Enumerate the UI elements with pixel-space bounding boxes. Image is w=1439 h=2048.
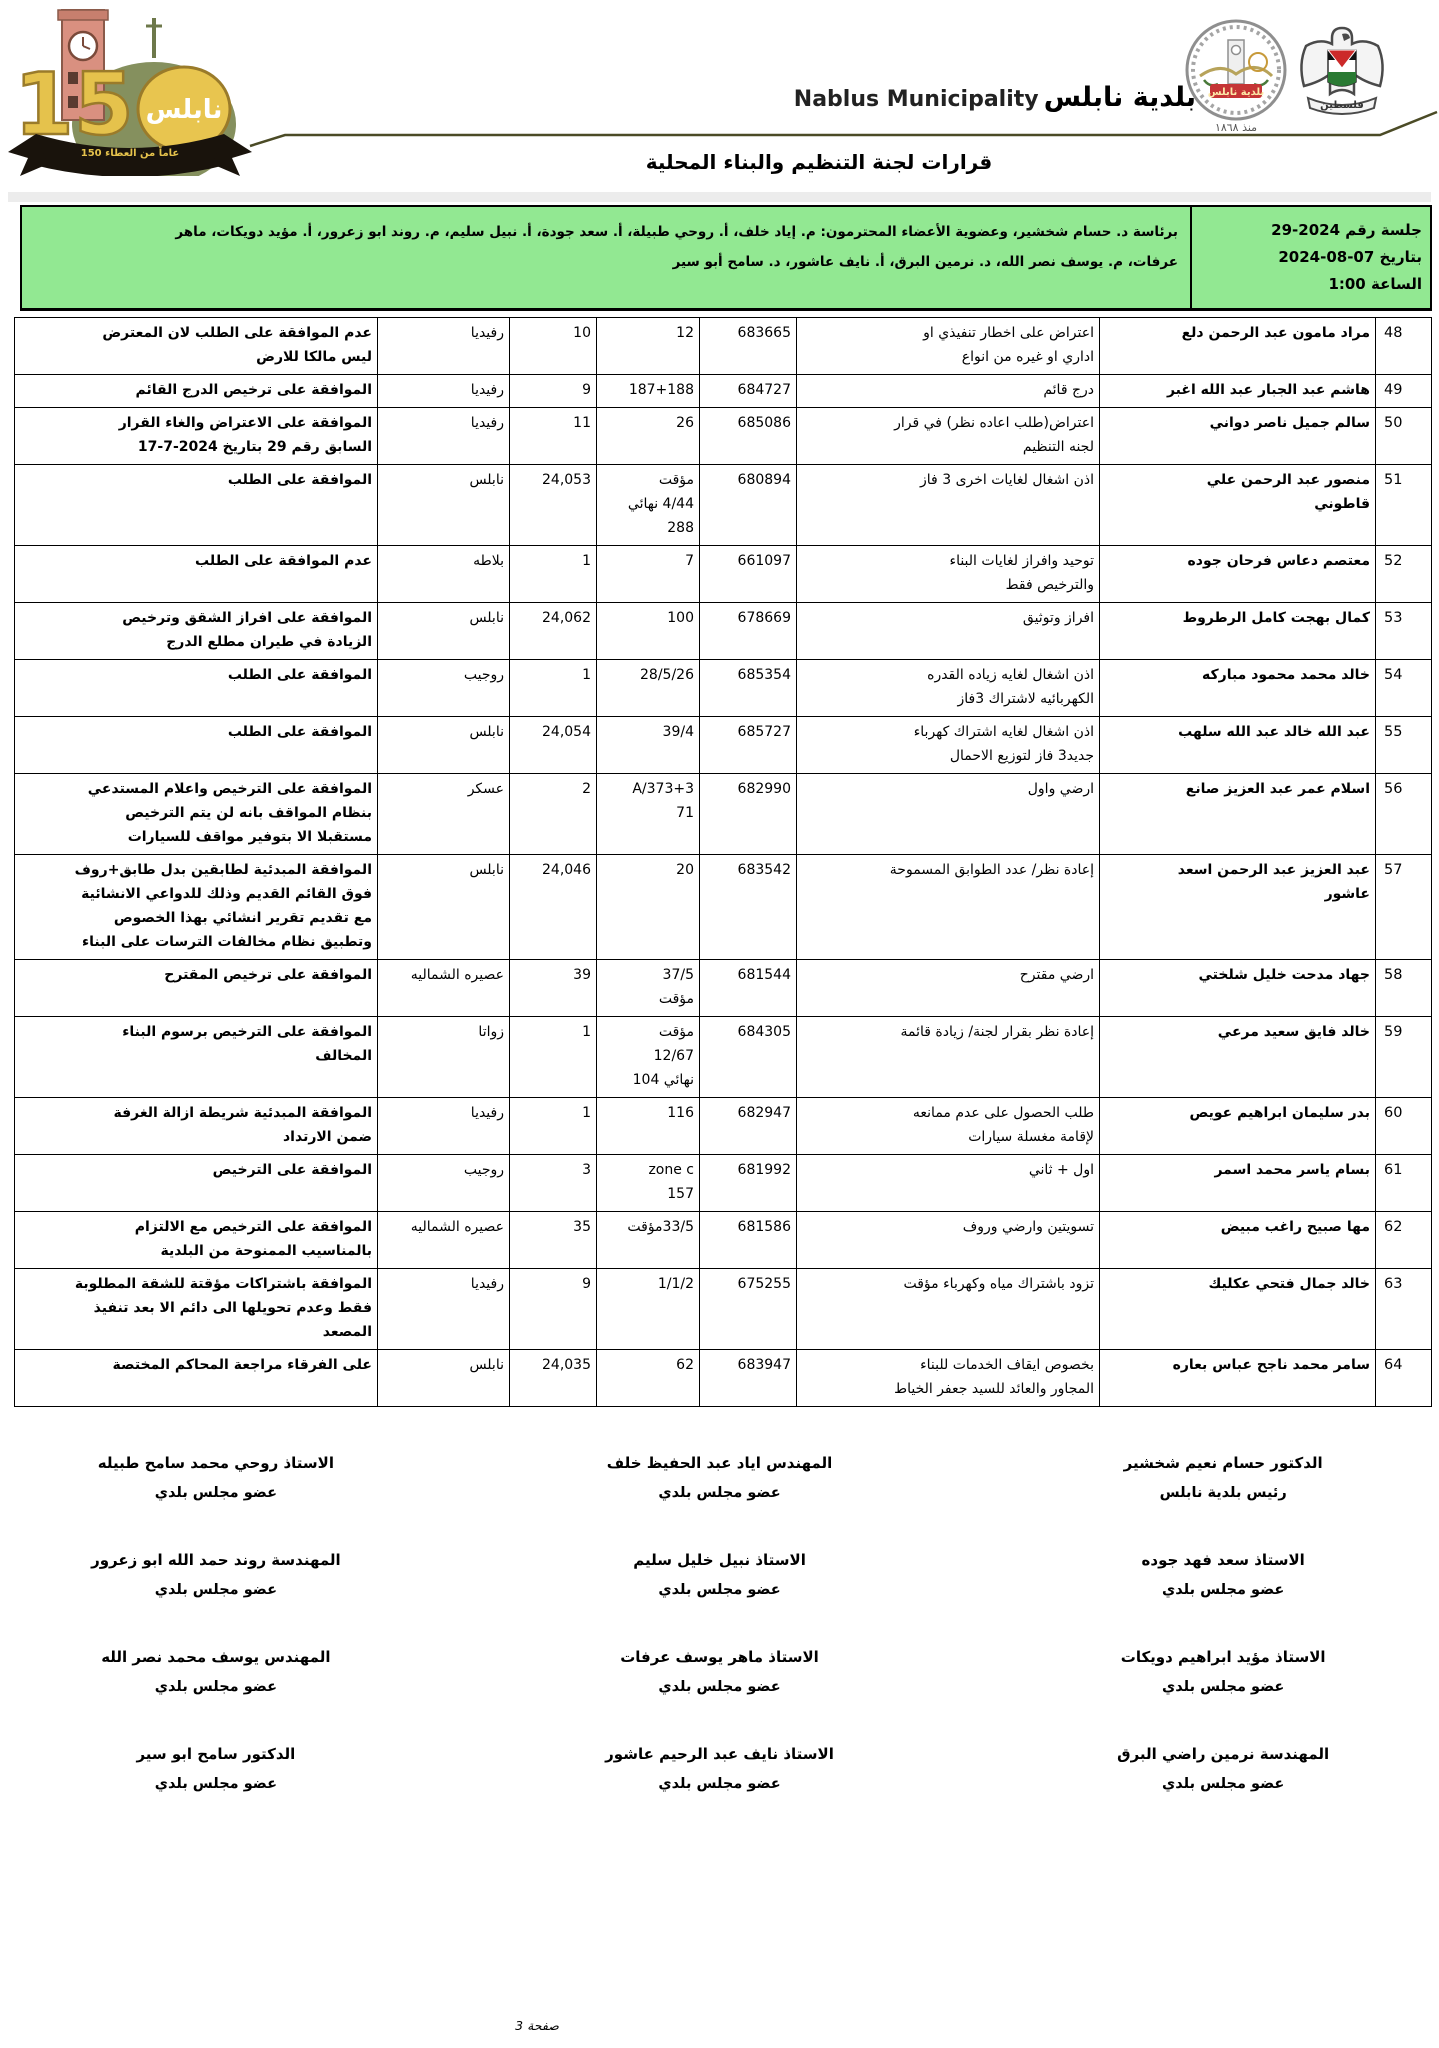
applicant-name-cell: مراد مامون عبد الرحمن دلع [1100,318,1376,375]
header-divider-rule [240,104,1439,154]
row-number-cell: 61 [1376,1155,1432,1212]
decisions-table-body: 48 مراد مامون عبد الرحمن دلع اعتراض على … [15,318,1432,1407]
location-cell: رفيديا [378,1269,510,1350]
decision-cell: الموافقة على الترخيص مع الالتزام بالمناس… [15,1212,378,1269]
request-number-cell: 682990 [700,774,797,855]
row-number-cell: 50 [1376,408,1432,465]
plot-number-cell: 116 [597,1098,700,1155]
applicant-name-cell: بسام ياسر محمد اسمر [1100,1155,1376,1212]
plot-number-cell: 62 [597,1350,700,1407]
subject-cell: تزود باشتراك مياه وكهرباء مؤقت [797,1269,1100,1350]
block-number-cell: 2 [510,774,597,855]
page-number-footer: صفحة 3 [492,2018,582,2033]
block-number-cell: 24,046 [510,855,597,960]
table-row: 53 كمال بهجت كامل الرطروط افراز وتوثيق 6… [15,603,1432,660]
page-number: 3 [515,2018,523,2033]
decision-cell: الموافقة المبدئية شريطة ازالة الغرفة ضمن… [15,1098,378,1155]
table-row: 50 سالم جميل ناصر دواني اعتراض(طلب اعاده… [15,408,1432,465]
row-number-cell: 53 [1376,603,1432,660]
subject-cell: توحيد وافراز لغايات البناء والترخيص فقط [797,546,1100,603]
decision-cell: الموافقة على الطلب [15,660,378,717]
session-time-value: 1:00 [1328,271,1365,298]
subject-cell: ارضي مقترح [797,960,1100,1017]
location-cell: نابلس [378,465,510,546]
row-number-cell: 59 [1376,1017,1432,1098]
decision-cell: الموافقة على ترخيص الدرج القائم [15,375,378,408]
members-line-1: برئاسة د. حسام شخشير، وعضوية الأعضاء الم… [30,217,1178,247]
request-number-cell: 683665 [700,318,797,375]
request-number-cell: 684727 [700,375,797,408]
decision-cell: على الفرقاء مراجعة المحاكم المختصة [15,1350,378,1407]
row-number-cell: 56 [1376,774,1432,855]
table-row: 60 بدر سليمان ابراهيم عويص طلب الحصول عل… [15,1098,1432,1155]
row-number-cell: 55 [1376,717,1432,774]
session-time-line: الساعة 1:00 [1196,271,1422,298]
applicant-name-cell: معتصم دعاس فرحان جوده [1100,546,1376,603]
decision-cell: الموافقة المبدئية لطابقين بدل طابق+روف ف… [15,855,378,960]
subject-cell: اذن اشغال لغايه اشتراك كهرباء جديد3 فاز … [797,717,1100,774]
request-number-cell: 685727 [700,717,797,774]
location-cell: بلاطه [378,546,510,603]
signature-block: الاستاذ ماهر يوسف عرفات عضو مجلس بلدي [432,1634,1008,1731]
table-row: 58 جهاد مدحت خليل شلختي ارضي مقترح 68154… [15,960,1432,1017]
subject-cell: بخصوص ايقاف الخدمات للبناء المجاور والعا… [797,1350,1100,1407]
signature-block: المهندس اياد عبد الحفيظ خلف عضو مجلس بلد… [432,1440,1008,1537]
applicant-name-cell: سامر محمد ناجح عباس بعاره [1100,1350,1376,1407]
session-date-line: بتاريخ 2024-08-07 [1196,244,1422,271]
plot-number-cell: zone c 157 [597,1155,700,1212]
applicant-name-cell: بدر سليمان ابراهيم عويص [1100,1098,1376,1155]
location-cell: رفيديا [378,1098,510,1155]
signature-block: المهندسة نرمين راضي البرق عضو مجلس بلدي [1007,1731,1439,1828]
session-number-line: جلسة رقم 29-2024 [1196,217,1422,244]
plot-number-cell: 37/5 مؤقت [597,960,700,1017]
signature-title: عضو مجلس بلدي [0,1672,432,1702]
block-number-cell: 24,053 [510,465,597,546]
table-row: 59 خالد فايق سعيد مرعي إعادة نظر بقرار ل… [15,1017,1432,1098]
signature-title: عضو مجلس بلدي [0,1575,432,1605]
row-number-cell: 58 [1376,960,1432,1017]
row-number-cell: 62 [1376,1212,1432,1269]
applicant-name-cell: خالد محمد محمود مباركه [1100,660,1376,717]
signature-block: المهندسة روند حمد الله ابو زعرور عضو مجل… [0,1537,432,1634]
table-row: 49 هاشم عبد الجبار عبد الله اغبر درج قائ… [15,375,1432,408]
signature-title: عضو مجلس بلدي [1007,1769,1439,1799]
plot-number-cell: 39/4 [597,717,700,774]
row-number-cell: 54 [1376,660,1432,717]
signature-block: الاستاذ نبيل خليل سليم عضو مجلس بلدي [432,1537,1008,1634]
subject-cell: اعتراض على اخطار تنفيذي او اداري او غيره… [797,318,1100,375]
signature-block: الاستاذ روحي محمد سامح طبيله عضو مجلس بل… [0,1440,432,1537]
subject-cell: اعتراض(طلب اعاده نظر) في قرار لجنه التنظ… [797,408,1100,465]
location-cell: رفيديا [378,408,510,465]
subject-cell: تسويتين وارضي وروف [797,1212,1100,1269]
plot-number-cell: 1/1/2 [597,1269,700,1350]
decision-cell: الموافقة على الترخيص برسوم البناء المخال… [15,1017,378,1098]
row-number-cell: 64 [1376,1350,1432,1407]
table-row: 55 عبد الله خالد عبد الله سلهب اذن اشغال… [15,717,1432,774]
signature-name: الاستاذ روحي محمد سامح طبيله [0,1448,432,1478]
subject-cell: طلب الحصول على عدم ممانعه لإقامة مغسلة س… [797,1098,1100,1155]
signature-title: عضو مجلس بلدي [432,1769,1008,1799]
applicant-name-cell: جهاد مدحت خليل شلختي [1100,960,1376,1017]
request-number-cell: 683542 [700,855,797,960]
decision-cell: عدم الموافقة على الطلب [15,546,378,603]
table-row: 52 معتصم دعاس فرحان جوده توحيد وافراز لغ… [15,546,1432,603]
request-number-cell: 684305 [700,1017,797,1098]
subject-cell: درج قائم [797,375,1100,408]
request-number-cell: 681586 [700,1212,797,1269]
signatures-area: الدكتور حسام نعيم شخشير رئيس بلدية نابلس… [0,1440,1439,1828]
signature-block: الاستاذ مؤيد ابراهيم دويكات عضو مجلس بلد… [1007,1634,1439,1731]
plot-number-cell: 100 [597,603,700,660]
signature-name: الدكتور حسام نعيم شخشير [1007,1448,1439,1478]
table-row: 57 عبد العزيز عبد الرحمن اسعد عاشور إعاد… [15,855,1432,960]
table-row: 51 منصور عبد الرحمن علي قاطوني اذن اشغال… [15,465,1432,546]
location-cell: عسكر [378,774,510,855]
signature-name: المهندسة روند حمد الله ابو زعرور [0,1545,432,1575]
table-row: 56 اسلام عمر عبد العزيز صانع ارضي واول 6… [15,774,1432,855]
page-label: صفحة [527,2018,559,2033]
decision-cell: الموافقة على افراز الشقق وترخيص الزيادة … [15,603,378,660]
decision-cell: الموافقة على الترخيص [15,1155,378,1212]
session-time-label: الساعة [1371,275,1422,293]
signature-block: المهندس يوسف محمد نصر الله عضو مجلس بلدي [0,1634,432,1731]
row-number-cell: 52 [1376,546,1432,603]
request-number-cell: 678669 [700,603,797,660]
signature-name: المهندس يوسف محمد نصر الله [0,1642,432,1672]
signature-title: عضو مجلس بلدي [432,1672,1008,1702]
decision-cell: الموافقة باشتراكات مؤقتة للشقة المطلوبة … [15,1269,378,1350]
decisions-table-wrap: 48 مراد مامون عبد الرحمن دلع اعتراض على … [15,317,1432,1407]
request-number-cell: 685086 [700,408,797,465]
page-title: قرارات لجنة التنظيم والبناء المحلية [399,150,1239,174]
subject-cell: اذن اشغال لغايه زياده القدره الكهربائيه … [797,660,1100,717]
session-meta: جلسة رقم 29-2024 بتاريخ 2024-08-07 الساع… [1190,207,1430,308]
location-cell: نابلس [378,855,510,960]
row-number-cell: 49 [1376,375,1432,408]
plot-number-cell: 7 [597,546,700,603]
location-cell: روجيب [378,1155,510,1212]
decision-cell: الموافقة على الطلب [15,465,378,546]
signature-name: الدكتور سامح ابو سير [0,1739,432,1769]
plot-number-cell: 26 [597,408,700,465]
subject-cell: ارضي واول [797,774,1100,855]
location-cell: عصيره الشماليه [378,960,510,1017]
location-cell: عصيره الشماليه [378,1212,510,1269]
plot-number-cell: 12 [597,318,700,375]
row-number-cell: 48 [1376,318,1432,375]
subject-cell: اذن اشغال لغايات اخرى 3 فاز [797,465,1100,546]
signature-row: الاستاذ مؤيد ابراهيم دويكات عضو مجلس بلد… [0,1634,1439,1731]
signature-name: المهندس اياد عبد الحفيظ خلف [432,1448,1008,1478]
applicant-name-cell: خالد فايق سعيد مرعي [1100,1017,1376,1098]
applicant-name-cell: هاشم عبد الجبار عبد الله اغبر [1100,375,1376,408]
session-number-value: 29-2024 [1271,217,1340,244]
decisions-table: 48 مراد مامون عبد الرحمن دلع اعتراض على … [14,317,1432,1407]
location-cell: نابلس [378,717,510,774]
plot-number-cell: 28/5/26 [597,660,700,717]
signature-name: الاستاذ سعد فهد جوده [1007,1545,1439,1575]
decision-cell: الموافقة على الترخيص واعلام المستدعي بنظ… [15,774,378,855]
signature-block: الاستاذ نايف عبد الرحيم عاشور عضو مجلس ب… [432,1731,1008,1828]
plot-number-cell: 187+188 [597,375,700,408]
table-row: 62 مها صبيح راغب مبيض تسويتين وارضي وروف… [15,1212,1432,1269]
table-row: 63 خالد جمال فتحي عكليك تزود باشتراك ميا… [15,1269,1432,1350]
decision-cell: الموافقة على الطلب [15,717,378,774]
subject-cell: إعادة نظر بقرار لجنة/ زيادة قائمة [797,1017,1100,1098]
block-number-cell: 24,035 [510,1350,597,1407]
session-date-label: بتاريخ [1380,248,1422,266]
applicant-name-cell: كمال بهجت كامل الرطروط [1100,603,1376,660]
location-cell: رفيديا [378,375,510,408]
applicant-name-cell: منصور عبد الرحمن علي قاطوني [1100,465,1376,546]
signature-block: الدكتور سامح ابو سير عضو مجلس بلدي [0,1731,432,1828]
header-gray-band [8,192,1431,202]
block-number-cell: 35 [510,1212,597,1269]
decision-cell: الموافقة على ترخيص المقترح [15,960,378,1017]
row-number-cell: 51 [1376,465,1432,546]
signature-row: الاستاذ سعد فهد جوده عضو مجلس بلدي الاست… [0,1537,1439,1634]
signature-block: الدكتور حسام نعيم شخشير رئيس بلدية نابلس [1007,1440,1439,1537]
signature-name: الاستاذ مؤيد ابراهيم دويكات [1007,1642,1439,1672]
request-number-cell: 675255 [700,1269,797,1350]
signature-name: الاستاذ نايف عبد الرحيم عاشور [432,1739,1008,1769]
table-row: 61 بسام ياسر محمد اسمر اول + ثاني 681992… [15,1155,1432,1212]
applicant-name-cell: خالد جمال فتحي عكليك [1100,1269,1376,1350]
row-number-cell: 60 [1376,1098,1432,1155]
applicant-name-cell: سالم جميل ناصر دواني [1100,408,1376,465]
block-number-cell: 1 [510,546,597,603]
subject-cell: إعادة نظر/ عدد الطوابق المسموحة [797,855,1100,960]
row-number-cell: 63 [1376,1269,1432,1350]
table-row: 54 خالد محمد محمود مباركه اذن اشغال لغاي… [15,660,1432,717]
applicant-name-cell: عبد الله خالد عبد الله سلهب [1100,717,1376,774]
subject-cell: اول + ثاني [797,1155,1100,1212]
block-number-cell: 1 [510,660,597,717]
plot-number-cell: مؤقت 4/44 نهائي 288 [597,465,700,546]
applicant-name-cell: مها صبيح راغب مبيض [1100,1212,1376,1269]
block-number-cell: 24,054 [510,717,597,774]
session-info-bar: جلسة رقم 29-2024 بتاريخ 2024-08-07 الساع… [20,205,1432,311]
signature-title: عضو مجلس بلدي [0,1478,432,1508]
block-number-cell: 1 [510,1098,597,1155]
signature-name: الاستاذ ماهر يوسف عرفات [432,1642,1008,1672]
signature-row: المهندسة نرمين راضي البرق عضو مجلس بلدي … [0,1731,1439,1828]
plot-number-cell: مؤقت 12/67 نهائي 104 [597,1017,700,1098]
signature-title: عضو مجلس بلدي [0,1769,432,1799]
block-number-cell: 1 [510,1017,597,1098]
signature-title: عضو مجلس بلدي [1007,1575,1439,1605]
nablus-150-anniversary-logo: 15 نابلس 150 عاماً من العطاء [6,6,254,176]
location-cell: نابلس [378,1350,510,1407]
session-members: برئاسة د. حسام شخشير، وعضوية الأعضاء الم… [22,207,1190,308]
signature-name: الاستاذ نبيل خليل سليم [432,1545,1008,1575]
request-number-cell: 681992 [700,1155,797,1212]
request-number-cell: 683947 [700,1350,797,1407]
emblem-banner-text: بلدية نابلس [1208,87,1264,98]
location-cell: رفيديا [378,318,510,375]
decision-cell: عدم الموافقة على الطلب لان المعترض ليس م… [15,318,378,375]
logo-medallion-text: نابلس [146,95,223,125]
block-number-cell: 9 [510,375,597,408]
location-cell: زواتا [378,1017,510,1098]
table-row: 48 مراد مامون عبد الرحمن دلع اعتراض على … [15,318,1432,375]
session-number-label: جلسة رقم [1345,221,1422,239]
request-number-cell: 681544 [700,960,797,1017]
signature-title: عضو مجلس بلدي [432,1478,1008,1508]
subject-cell: افراز وتوثيق [797,603,1100,660]
block-number-cell: 11 [510,408,597,465]
table-row: 64 سامر محمد ناجح عباس بعاره بخصوص ايقاف… [15,1350,1432,1407]
location-cell: روجيب [378,660,510,717]
request-number-cell: 682947 [700,1098,797,1155]
location-cell: نابلس [378,603,510,660]
session-date-value: 2024-08-07 [1278,244,1374,271]
block-number-cell: 39 [510,960,597,1017]
signature-block: الاستاذ سعد فهد جوده عضو مجلس بلدي [1007,1537,1439,1634]
applicant-name-cell: اسلام عمر عبد العزيز صانع [1100,774,1376,855]
signature-name: المهندسة نرمين راضي البرق [1007,1739,1439,1769]
request-number-cell: 661097 [700,546,797,603]
signature-title: عضو مجلس بلدي [1007,1672,1439,1702]
decision-cell: الموافقة على الاعتراض والغاء القرار السا… [15,408,378,465]
applicant-name-cell: عبد العزيز عبد الرحمن اسعد عاشور [1100,855,1376,960]
plot-number-cell: 20 [597,855,700,960]
members-line-2: عرفات، م. يوسف نصر الله، د. نرمين البرق،… [30,247,1178,277]
plot-number-cell: 33/5مؤقت [597,1212,700,1269]
document-page: { "header": { "brand_ar": "بلدية نابلس",… [0,0,1439,2048]
plot-number-cell: A/373+3 71 [597,774,700,855]
signature-row: الدكتور حسام نعيم شخشير رئيس بلدية نابلس… [0,1440,1439,1537]
block-number-cell: 24,062 [510,603,597,660]
signature-title: رئيس بلدية نابلس [1007,1478,1439,1508]
request-number-cell: 685354 [700,660,797,717]
signature-title: عضو مجلس بلدي [432,1575,1008,1605]
request-number-cell: 680894 [700,465,797,546]
row-number-cell: 57 [1376,855,1432,960]
block-number-cell: 10 [510,318,597,375]
block-number-cell: 3 [510,1155,597,1212]
block-number-cell: 9 [510,1269,597,1350]
